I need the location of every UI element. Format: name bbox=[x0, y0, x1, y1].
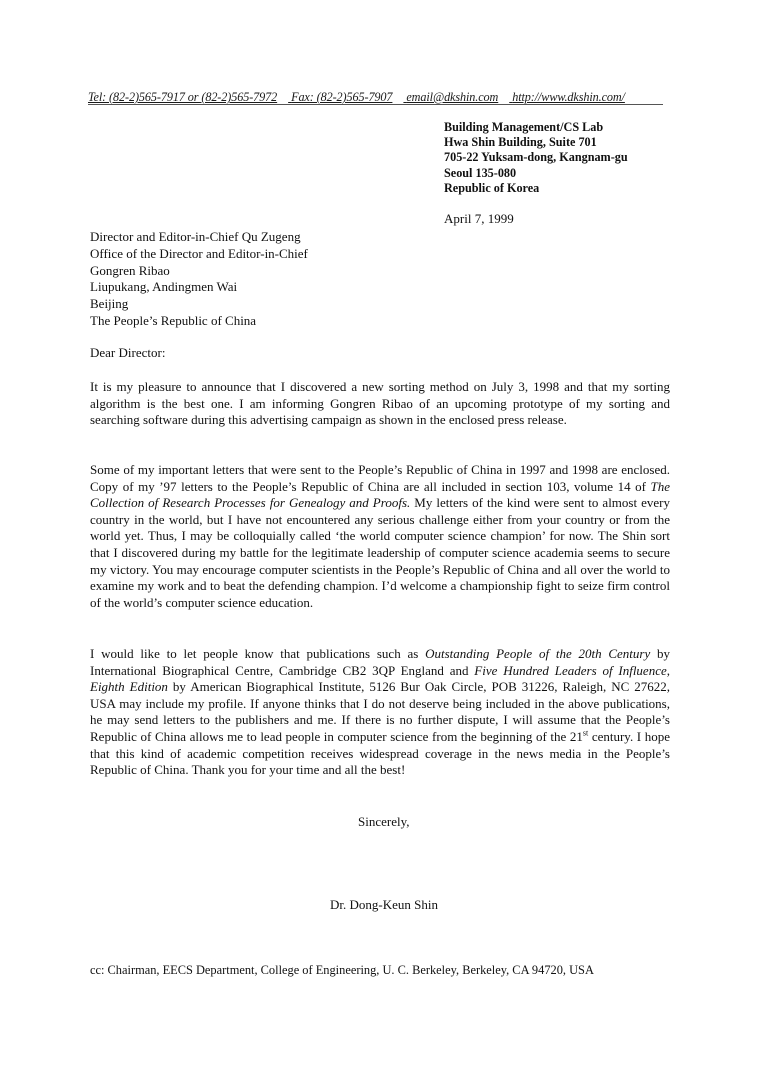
closing: Sincerely, bbox=[358, 814, 410, 830]
salutation: Dear Director: bbox=[90, 345, 165, 361]
sender-address-line: Seoul 135-080 bbox=[444, 166, 628, 181]
italic-title-text: Five Hundred Leaders of Influence bbox=[474, 663, 666, 678]
letter-date: April 7, 1999 bbox=[444, 211, 514, 227]
italic-title-text: Eighth Edition bbox=[90, 679, 168, 694]
letterhead-url[interactable]: http://www.dkshin.com/ bbox=[512, 90, 625, 104]
body-text: Some of my important letters that were s… bbox=[90, 462, 670, 494]
recipient-address: Director and Editor-in-Chief Qu Zugeng O… bbox=[90, 229, 308, 330]
body-paragraph-2: Some of my important letters that were s… bbox=[90, 462, 670, 611]
sender-address-line: 705-22 Yuksam-dong, Kangnam-gu bbox=[444, 150, 628, 165]
body-text: I would like to let people know that pub… bbox=[90, 646, 425, 661]
letter-page: Tel: (82-2)565-7917 or (82-2)565-7972 Fa… bbox=[0, 0, 760, 1074]
signature: Dr. Dong-Keun Shin bbox=[330, 897, 438, 913]
sender-address-line: Hwa Shin Building, Suite 701 bbox=[444, 135, 628, 150]
recipient-address-line: Beijing bbox=[90, 296, 308, 313]
recipient-address-line: The People’s Republic of China bbox=[90, 313, 308, 330]
sender-address-line: Building Management/CS Lab bbox=[444, 120, 628, 135]
recipient-address-line: Office of the Director and Editor-in-Chi… bbox=[90, 246, 308, 263]
cc-line: cc: Chairman, EECS Department, College o… bbox=[90, 963, 594, 978]
recipient-address-line: Director and Editor-in-Chief Qu Zugeng bbox=[90, 229, 308, 246]
body-text: , bbox=[667, 663, 670, 678]
body-text: My letters of the kind were sent to almo… bbox=[90, 495, 670, 610]
recipient-address-line: Gongren Ribao bbox=[90, 263, 308, 280]
sender-address-line: Republic of Korea bbox=[444, 181, 628, 196]
sender-address: Building Management/CS Lab Hwa Shin Buil… bbox=[444, 120, 628, 196]
body-paragraph-3: I would like to let people know that pub… bbox=[90, 646, 670, 779]
recipient-address-line: Liupukang, Andingmen Wai bbox=[90, 279, 308, 296]
italic-title-text: Outstanding People of the 20th Century bbox=[425, 646, 650, 661]
letterhead-contact-line: Tel: (82-2)565-7917 or (82-2)565-7972 Fa… bbox=[88, 90, 663, 105]
letterhead-rule bbox=[88, 104, 663, 105]
body-paragraph-1: It is my pleasure to announce that I dis… bbox=[90, 379, 670, 429]
letterhead-fax: Fax: (82-2)565-7907 bbox=[291, 90, 392, 104]
letterhead-tel: Tel: (82-2)565-7917 or (82-2)565-7972 bbox=[88, 90, 277, 104]
letterhead-email[interactable]: email@dkshin.com bbox=[406, 90, 498, 104]
